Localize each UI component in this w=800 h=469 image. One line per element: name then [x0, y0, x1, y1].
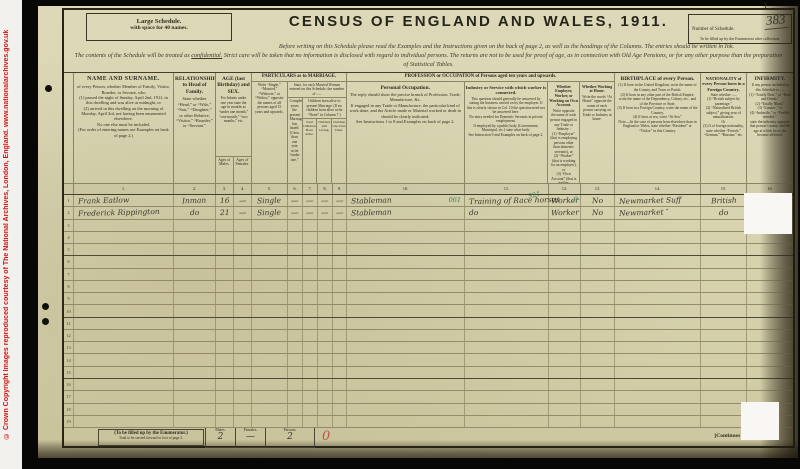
col-header-marriage: PARTICULARS as to MARRIAGE. Write “Singl… — [252, 73, 347, 183]
column-number: 4. — [234, 184, 252, 194]
row-cell — [615, 293, 701, 304]
row-cell: Worker9 — [549, 195, 581, 206]
row-cell — [347, 256, 465, 267]
row-cell — [234, 232, 252, 243]
row-cell — [318, 404, 333, 415]
row-cell — [615, 416, 701, 427]
row-cell — [549, 305, 581, 316]
row-cell — [318, 220, 333, 231]
col-header-profession: PROFESSION or OCCUPATION of Persons aged… — [347, 73, 615, 183]
row-cell — [288, 318, 303, 329]
row-number-cell: 12 — [64, 330, 74, 341]
row-cell — [549, 293, 581, 304]
row-cell — [747, 281, 793, 292]
row-cell — [234, 367, 252, 378]
row-cell — [333, 318, 347, 329]
totals-row: (To be filled up by the Enumerator.) Tot… — [64, 428, 793, 446]
row-cell: 16 — [216, 195, 234, 206]
table-row: 6 — [64, 256, 793, 268]
married-women-header: State, for each Married Woman entered on… — [288, 82, 346, 183]
row-number-cell: 3 — [64, 220, 74, 231]
handwritten-entry: — — [321, 209, 329, 217]
column-number: 2. — [174, 184, 216, 194]
copyright-strip: © Crown Copyright Images reproduced cour… — [0, 0, 22, 469]
row-cell — [303, 293, 318, 304]
row-cell — [581, 416, 615, 427]
row-cell — [747, 269, 793, 280]
row-cell — [333, 220, 347, 231]
row-cell — [615, 391, 701, 402]
row-cell — [465, 342, 549, 353]
row-cell — [347, 354, 465, 365]
row-cell — [549, 330, 581, 341]
row-cell — [288, 244, 303, 255]
instruction-line-2: The contents of the Schedule will be tre… — [72, 52, 785, 70]
row-cell — [318, 391, 333, 402]
enumerator-box: (To be filled up by the Enumerator.) Tot… — [98, 429, 204, 446]
row-cell — [615, 342, 701, 353]
personal-occupation-title: Personal Occupation. — [348, 85, 463, 91]
row-cell — [465, 354, 549, 365]
column-number: 3. — [216, 184, 234, 194]
row-cell — [288, 367, 303, 378]
col-header-relationship: RELATIONSHIP to Head of Family. State wh… — [174, 73, 216, 183]
row-cell — [303, 416, 318, 427]
row-cell — [74, 269, 174, 280]
row-cell — [465, 244, 549, 255]
row-cell — [216, 367, 234, 378]
column-number: 6. — [288, 184, 303, 194]
table-row: 9 — [64, 293, 793, 305]
row-cell — [615, 305, 701, 316]
row-cell — [333, 269, 347, 280]
col-header-nationality: NATIONALITY of every Person born in a Fo… — [701, 73, 747, 183]
married-women-note: State, for each Married Woman entered on… — [288, 82, 346, 99]
females-total-cell: Females. — — [236, 428, 266, 447]
row-cell — [549, 416, 581, 427]
row-cell — [465, 281, 549, 292]
row-cell — [252, 244, 288, 255]
birthplace-body: (1) If born in the United Kingdom, write… — [616, 83, 699, 133]
row-cell — [252, 330, 288, 341]
row-cell — [581, 281, 615, 292]
row-cell — [318, 269, 333, 280]
row-cell — [701, 318, 747, 329]
row-cell — [288, 404, 303, 415]
row-cell — [288, 293, 303, 304]
table-row: 1Frank EatlowInman16—Single————Stableman… — [64, 195, 793, 207]
row-cell — [347, 391, 465, 402]
row-cell — [581, 244, 615, 255]
table-row: 7 — [64, 269, 793, 281]
row-cell — [174, 256, 216, 267]
row-cell — [174, 244, 216, 255]
column-headers: NAME AND SURNAME. of every Person, wheth… — [64, 72, 793, 184]
row-cell — [747, 342, 793, 353]
column-number-strip: 1.2.3.4.5.6.7.8.9.10.11.12.13.14.15.16. — [64, 184, 793, 195]
copyright-text: © Crown Copyright Images reproduced cour… — [3, 0, 10, 469]
row-cell — [347, 330, 465, 341]
handwritten-entry: Newmarket ″ — [619, 208, 669, 217]
row-cell: do — [701, 207, 747, 218]
row-cell — [234, 391, 252, 402]
row-cell — [549, 391, 581, 402]
row-cell — [581, 330, 615, 341]
birthplace-title: BIRTHPLACE of every Person. — [616, 76, 699, 82]
working-at-home-body: Write the words “At Home” opposite the n… — [581, 95, 613, 182]
row-cell — [288, 330, 303, 341]
redaction-patch — [741, 402, 779, 440]
row-cell — [549, 281, 581, 292]
row-cell — [581, 318, 615, 329]
handwritten-entry: — — [336, 209, 344, 217]
years-married-body: Completed years the present Marriage has… — [289, 99, 301, 182]
row-cell — [465, 379, 549, 390]
row-cell — [74, 281, 174, 292]
row-cell — [174, 305, 216, 316]
row-cell — [174, 367, 216, 378]
row-cell — [74, 342, 174, 353]
large-schedule-box: Large Schedule. with space for 40 names. — [86, 13, 232, 41]
row-cell — [216, 293, 234, 304]
row-cell — [747, 379, 793, 390]
row-number-cell: 15 — [64, 367, 74, 378]
row-cell — [465, 232, 549, 243]
row-cell — [288, 391, 303, 402]
schedule-number-note: To be filled up by the Enumerator after … — [692, 37, 788, 42]
column-number: 1. — [74, 184, 174, 194]
row-cell: — — [303, 195, 318, 206]
column-number: 7. — [303, 184, 318, 194]
row-cell — [701, 232, 747, 243]
row-cell — [216, 281, 234, 292]
instruction-line-1: Before writing on this Schedule please r… — [234, 43, 779, 50]
row-cell — [333, 281, 347, 292]
row-cell — [288, 232, 303, 243]
row-cell — [252, 293, 288, 304]
age-header-top: AGE (last Birthday) and SEX. For Infants… — [216, 73, 251, 156]
row-cell — [74, 305, 174, 316]
confidential-underline: confidential. — [191, 52, 222, 59]
row-number-cell: 17 — [64, 391, 74, 402]
row-cell — [333, 416, 347, 427]
row-cell — [615, 244, 701, 255]
employment-status-header: Whether Employer, Worker, or Working on … — [548, 82, 580, 183]
schedule-frame: Large Schedule. with space for 40 names.… — [38, 6, 798, 458]
handwritten-entry: Single — [257, 209, 281, 217]
row-cell — [318, 318, 333, 329]
col-header-age: AGE (last Birthday) and SEX. For Infants… — [216, 73, 252, 183]
row-cell: — — [234, 195, 252, 206]
redaction-patch — [744, 193, 792, 234]
row-number-margin-header — [64, 73, 74, 183]
row-cell — [252, 379, 288, 390]
row-cell — [74, 293, 174, 304]
row-cell — [747, 367, 793, 378]
row-cell: do — [174, 207, 216, 218]
handwritten-entry: — — [291, 197, 299, 205]
row-cell — [303, 379, 318, 390]
handwritten-entry: 16 — [220, 197, 230, 205]
schedule-number-value: 383 — [763, 11, 788, 30]
handwritten-entry: No — [592, 209, 603, 217]
row-cell — [216, 256, 234, 267]
row-cell: Newmarket ″ — [615, 207, 701, 218]
name-title: NAME AND SURNAME. — [75, 76, 172, 83]
row-cell — [347, 318, 465, 329]
row-cell: — — [333, 207, 347, 218]
row-cell — [252, 318, 288, 329]
infirmity-title: INFIRMITY. — [748, 76, 792, 82]
row-cell — [581, 367, 615, 378]
row-cell — [701, 293, 747, 304]
row-cell — [318, 305, 333, 316]
row-cell — [174, 232, 216, 243]
persons-total-cell: Persons. 2 — [266, 428, 314, 447]
row-cell — [234, 256, 252, 267]
enumerator-green-code: 061 — [449, 197, 461, 204]
row-cell: Worker — [549, 207, 581, 218]
row-number-cell: 2 — [64, 207, 74, 218]
column-number: 8. — [318, 184, 333, 194]
row-cell — [74, 379, 174, 390]
table-row: 8 — [64, 281, 793, 293]
row-cell — [615, 220, 701, 231]
column-number: 13. — [581, 184, 615, 194]
row-cell — [216, 354, 234, 365]
enumerator-green-code: 9 — [573, 196, 578, 204]
row-cell — [465, 293, 549, 304]
relationship-body: State whether “Head,” or “Wife,” “Son,” … — [175, 96, 214, 128]
row-cell — [333, 342, 347, 353]
row-cell — [288, 281, 303, 292]
row-cell — [216, 404, 234, 415]
table-row: 3 — [64, 220, 793, 232]
row-cell — [581, 293, 615, 304]
handwritten-entry: do — [190, 209, 200, 217]
row-cell: — — [288, 207, 303, 218]
row-cell — [234, 305, 252, 316]
name-body: of every Person, whether Member of Famil… — [75, 84, 172, 138]
handwritten-entry: — — [306, 197, 314, 205]
row-cell — [347, 293, 465, 304]
instruction2-pre: The contents of the Schedule will be tre… — [75, 52, 191, 59]
row-cell — [216, 244, 234, 255]
row-number-cell: 18 — [64, 404, 74, 415]
row-cell — [333, 379, 347, 390]
row-cell — [74, 220, 174, 231]
personal-occupation-body: The reply should show the precise branch… — [348, 92, 463, 182]
row-cell — [216, 330, 234, 341]
row-cell — [303, 330, 318, 341]
row-cell — [74, 391, 174, 402]
row-number-cell: 5 — [64, 244, 74, 255]
age-body: For Infants under one year state the age… — [217, 96, 250, 123]
handwritten-entry: — — [239, 197, 247, 205]
row-cell — [549, 220, 581, 231]
table-row: 12 — [64, 330, 793, 342]
row-cell — [347, 232, 465, 243]
row-number-cell: 13 — [64, 342, 74, 353]
row-cell — [318, 293, 333, 304]
row-cell — [216, 342, 234, 353]
row-cell — [347, 269, 465, 280]
row-cell: — — [288, 195, 303, 206]
row-cell — [303, 305, 318, 316]
children-note: Children born alive to present Marriage.… — [303, 98, 347, 118]
row-cell — [318, 354, 333, 365]
row-cell — [174, 269, 216, 280]
row-cell: — — [318, 207, 333, 218]
row-cell: Newmarket Suff — [615, 195, 701, 206]
row-cell — [615, 256, 701, 267]
marriage-group-title: PARTICULARS as to MARRIAGE. — [252, 73, 346, 82]
row-cell — [701, 220, 747, 231]
row-cell — [615, 232, 701, 243]
row-cell — [288, 220, 303, 231]
handwritten-entry: Stableman — [351, 196, 392, 205]
row-cell — [581, 391, 615, 402]
row-cell — [234, 269, 252, 280]
row-cell — [615, 379, 701, 390]
row-number-cell: 6 — [64, 256, 74, 267]
row-cell — [234, 404, 252, 415]
row-cell — [465, 330, 549, 341]
row-cell — [465, 220, 549, 231]
years-married-header: Completed years the present Marriage has… — [288, 98, 303, 183]
row-cell — [303, 232, 318, 243]
schedule-number-box: Number of Schedule. To be filled up by t… — [688, 14, 792, 44]
row-cell — [701, 342, 747, 353]
row-cell — [747, 256, 793, 267]
row-cell — [701, 367, 747, 378]
row-cell — [234, 318, 252, 329]
row-cell — [252, 391, 288, 402]
row-cell — [303, 318, 318, 329]
schedule-table: Large Schedule. with space for 40 names.… — [62, 8, 795, 448]
age-subcolumns: Ages of Males. Ages of Females. — [216, 156, 251, 183]
table-row: 5 — [64, 244, 793, 256]
row-cell: — — [234, 207, 252, 218]
row-cell — [615, 367, 701, 378]
handwritten-entry: — — [239, 209, 247, 217]
row-cell — [303, 391, 318, 402]
marital-condition-body: Write “Single,” “Married,” “Widower,” or… — [253, 83, 286, 182]
census-title: CENSUS OF ENGLAND AND WALES, 1911. — [224, 13, 733, 30]
row-cell — [465, 256, 549, 267]
row-cell — [465, 305, 549, 316]
handwritten-entry: Stableman — [351, 209, 392, 218]
nationality-title: NATIONALITY of every Person born in a Fo… — [702, 76, 745, 92]
profession-group-title: PROFESSION or OCCUPATION of Persons aged… — [347, 73, 614, 82]
handwritten-entry: No — [592, 197, 603, 205]
row-cell — [74, 416, 174, 427]
children-total-label: Total Children Born Alive. — [303, 119, 318, 183]
row-cell — [615, 330, 701, 341]
row-cell — [288, 416, 303, 427]
row-cell — [347, 379, 465, 390]
row-cell — [174, 293, 216, 304]
row-cell — [252, 281, 288, 292]
row-cell — [234, 330, 252, 341]
column-number-margin — [64, 184, 74, 194]
row-number-cell: 4 — [64, 232, 74, 243]
row-number-cell: 7 — [64, 269, 74, 280]
column-number: 14. — [615, 184, 701, 194]
row-cell — [581, 220, 615, 231]
industry-body: This question should generally be answer… — [466, 97, 547, 182]
row-cell — [333, 391, 347, 402]
personal-occupation-header: Personal Occupation. The reply should sh… — [347, 82, 465, 183]
row-cell — [549, 379, 581, 390]
row-cell — [549, 256, 581, 267]
row-cell — [303, 244, 318, 255]
row-cell: do — [465, 207, 549, 218]
column-number: 5. — [252, 184, 288, 194]
row-cell — [747, 305, 793, 316]
working-at-home-header: Whether Working at Home. Write the words… — [580, 82, 614, 183]
row-cell — [549, 232, 581, 243]
row-cell — [234, 416, 252, 427]
enumerator-red-mark: 0 — [322, 430, 330, 443]
row-number-cell: 19 — [64, 416, 74, 427]
row-cell — [549, 354, 581, 365]
row-cell — [252, 220, 288, 231]
handwritten-entry: Single — [257, 197, 281, 205]
row-number-cell: 11 — [64, 318, 74, 329]
row-cell: Stableman — [347, 207, 465, 218]
row-cell — [174, 379, 216, 390]
children-living-label: Children still Living. — [317, 119, 332, 183]
row-cell — [288, 342, 303, 353]
row-cell — [747, 391, 793, 402]
row-cell — [615, 281, 701, 292]
row-cell — [174, 318, 216, 329]
row-cell — [465, 391, 549, 402]
row-cell — [216, 391, 234, 402]
row-cell — [549, 318, 581, 329]
handwritten-entry: — — [291, 209, 299, 217]
row-cell — [174, 220, 216, 231]
row-cell — [318, 379, 333, 390]
row-cell — [74, 232, 174, 243]
row-cell — [252, 305, 288, 316]
row-cell — [234, 244, 252, 255]
row-cell: No — [581, 207, 615, 218]
row-cell — [252, 232, 288, 243]
row-cell — [252, 342, 288, 353]
row-cell — [216, 232, 234, 243]
row-cell: British — [701, 195, 747, 206]
column-number: 15. — [701, 184, 747, 194]
table-row: 17 — [64, 391, 793, 403]
row-cell — [216, 416, 234, 427]
working-at-home-title: Whether Working at Home. — [581, 85, 613, 94]
row-cell — [347, 416, 465, 427]
row-cell — [581, 379, 615, 390]
row-cell — [288, 269, 303, 280]
large-schedule-line1: Large Schedule. — [87, 18, 231, 25]
row-cell: — — [303, 207, 318, 218]
row-cell — [581, 342, 615, 353]
enumerator-subheading: Total to be carried forward to foot of p… — [99, 436, 203, 440]
row-cell — [549, 367, 581, 378]
row-cell — [288, 379, 303, 390]
row-number-cell: 8 — [64, 281, 74, 292]
table-row: 18 — [64, 404, 793, 416]
persons-value: 2 — [287, 433, 293, 442]
row-cell — [747, 318, 793, 329]
